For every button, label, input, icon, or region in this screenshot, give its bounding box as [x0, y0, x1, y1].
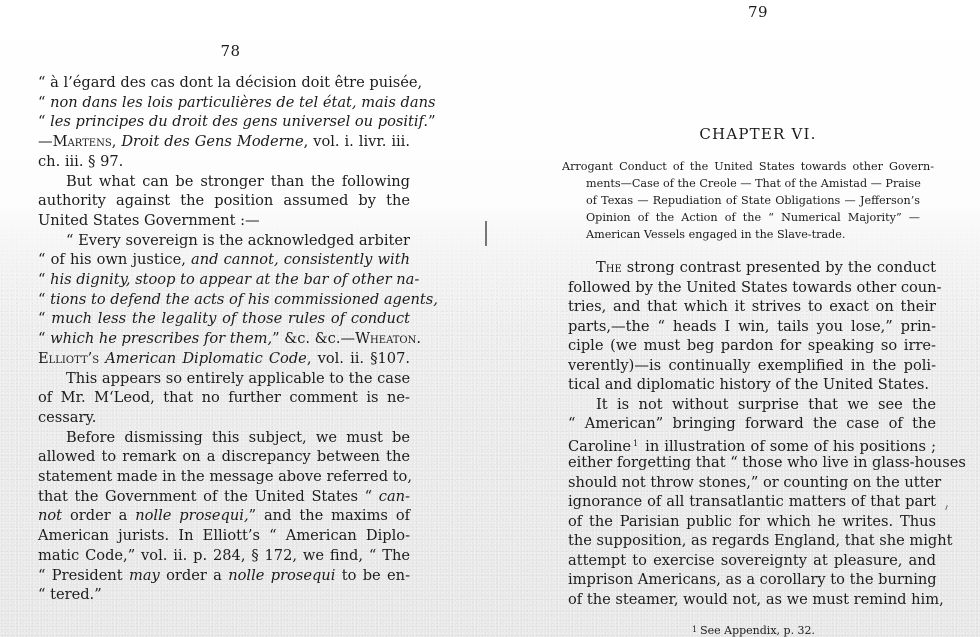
text-segment: verently)—is continually exemplified in … [568, 357, 936, 374]
text-segment: “ [38, 330, 50, 347]
footnote-reference: 1 [633, 439, 638, 448]
text-segment: of the Parisian public for which he writ… [568, 513, 936, 530]
text-line: “ tered.” [38, 585, 410, 605]
text-line: cessary. [38, 408, 410, 428]
text-segment: parts,—the “ heads I win, tails you lose… [568, 318, 936, 335]
text-line: of the steamer, would not, as we must re… [568, 590, 936, 610]
scan-artifact [945, 505, 948, 510]
footnote-text: See Appendix, p. 32. [700, 624, 815, 637]
text-line: tical and diplomatic history of the Unit… [568, 375, 936, 395]
text-line: of Mr. M‘Leod, that no further comment i… [38, 388, 410, 408]
text-segment: of the steamer, would not, as we must re… [568, 591, 944, 608]
text-line: American jurists. In Elliott’s “ America… [38, 526, 410, 546]
text-segment: ch. iii. § 97. [38, 153, 123, 170]
text-segment: either forgetting that “ those who live … [568, 454, 966, 471]
text-segment: American jurists. In Elliott’s “ America… [38, 527, 410, 544]
text-segment: , [112, 133, 122, 150]
text-segment: nolle prosequi, [135, 507, 248, 524]
text-segment: statement made in the message above refe… [38, 468, 412, 485]
text-segment: to be en- [335, 567, 410, 584]
text-segment: should not throw stones,” or counting on… [568, 474, 941, 491]
text-segment: ” [428, 113, 435, 130]
text-line: should not throw stones,” or counting on… [568, 473, 936, 493]
text-segment: Caroline [568, 438, 631, 455]
text-segment: It is not without surprise that we see t… [596, 396, 936, 413]
text-line: “ which he prescribes for them,” &c. &c.… [38, 329, 410, 349]
text-line: parts,—the “ heads I win, tails you lose… [568, 317, 936, 337]
text-line: ch. iii. § 97. [38, 152, 410, 172]
gutter-mark [485, 221, 487, 246]
text-segment: his dignity, stoop to appear at the bar … [50, 271, 419, 288]
text-segment: “ American” bringing forward the case of… [568, 415, 936, 432]
text-segment: nolle prosequi [228, 567, 335, 584]
text-line: Elliott’s American Diplomatic Code, vol.… [38, 349, 410, 369]
text-segment: “ tered.” [38, 586, 102, 603]
text-line: “ American” bringing forward the case of… [568, 414, 936, 434]
text-segment: The [596, 259, 622, 276]
text-segment: tries, and that which it strives to exac… [568, 298, 936, 315]
summary-line: of Texas — Repudiation of State Obligati… [586, 192, 920, 209]
text-segment: “ à l’égard des cas dont la décision doi… [38, 74, 422, 91]
text-segment: order a [160, 567, 228, 584]
text-segment: Wheaton. [355, 330, 421, 347]
text-segment: “ Every sovereign is the acknowledged ar… [66, 232, 410, 249]
text-segment: “ [38, 291, 50, 308]
page-number: 79 [568, 3, 948, 21]
text-segment: authority against the position assumed b… [38, 192, 410, 209]
text-segment: , vol. i. livr. iii. [304, 133, 410, 150]
text-segment: imprison Americans, as a corollary to th… [568, 571, 937, 588]
text-segment: , vol. ii. §107. [307, 350, 410, 367]
text-segment: But what can be stronger than the follow… [66, 173, 410, 190]
chapter-title: CHAPTER VI. [568, 125, 948, 143]
text-segment: the supposition, as regards England, tha… [568, 532, 953, 549]
text-segment: of Mr. M‘Leod, that no further comment i… [38, 389, 410, 406]
text-segment: “ [38, 271, 50, 288]
text-line: But what can be stronger than the follow… [38, 172, 410, 192]
text-segment: ” and the maxims of [249, 507, 410, 524]
text-segment: can- [379, 488, 410, 505]
text-segment: “ of his own justice, [38, 251, 191, 268]
text-segment: Droit des Gens Moderne [121, 133, 303, 150]
text-segment: that the Government of the United States… [38, 488, 379, 505]
page-number: 78 [38, 42, 423, 60]
text-line: —Martens, Droit des Gens Moderne, vol. i… [38, 132, 410, 152]
text-segment: order a [62, 507, 135, 524]
text-line: ciple (we must beg pardon for speaking s… [568, 336, 936, 356]
footnote: 1See Appendix, p. 32. [692, 624, 815, 637]
text-line: This appears so entirely applicable to t… [38, 369, 410, 389]
text-segment: “ [38, 113, 50, 130]
summary-line: Opinion of the Action of the “ Numerical… [586, 209, 920, 226]
text-line: “ non dans les lois particulières de tel… [38, 93, 410, 113]
text-segment: and cannot, consistently with [191, 251, 410, 268]
text-segment: tions to defend the acts of his commissi… [50, 291, 438, 308]
text-segment: tical and diplomatic history of the Unit… [568, 376, 929, 393]
text-line: tries, and that which it strives to exac… [568, 297, 936, 317]
footnote-marker: 1 [692, 625, 697, 634]
text-segment: American Diplomatic Code [105, 350, 307, 367]
text-line: attempt to exercise sovereignty at pleas… [568, 551, 936, 571]
text-segment: cessary. [38, 409, 96, 426]
text-line: verently)—is continually exemplified in … [568, 356, 936, 376]
text-line: allowed to remark on a discrepancy betwe… [38, 447, 410, 467]
text-line: statement made in the message above refe… [38, 467, 410, 487]
text-line: the supposition, as regards England, tha… [568, 531, 936, 551]
text-line: imprison Americans, as a corollary to th… [568, 570, 936, 590]
text-line: “ his dignity, stoop to appear at the ba… [38, 270, 410, 290]
text-segment: “ [38, 94, 50, 111]
text-line: either forgetting that “ those who live … [568, 453, 936, 473]
summary-line: Arrogant Conduct of the United States to… [562, 158, 934, 175]
text-line: that the Government of the United States… [38, 487, 410, 507]
text-segment: United States Government :— [38, 212, 260, 229]
text-line: It is not without surprise that we see t… [568, 395, 936, 415]
text-segment: may [129, 567, 160, 584]
text-segment: les principes du droit des gens universe… [50, 113, 428, 130]
text-line: “ much less the legality of those rules … [38, 309, 410, 329]
text-line: “ of his own justice, and cannot, consis… [38, 250, 410, 270]
text-segment: allowed to remark on a discrepancy betwe… [38, 448, 410, 465]
text-segment: strong contrast presented by the conduct [622, 259, 936, 276]
text-line: not order a nolle prosequi,” and the max… [38, 506, 410, 526]
text-line: “ President may order a nolle prosequi t… [38, 566, 410, 586]
text-segment: in illustration of some of his positions… [640, 438, 936, 455]
text-segment: matic Code,” vol. ii. p. 284, § 172, we … [38, 547, 410, 564]
text-line: followed by the United States towards ot… [568, 278, 936, 298]
text-line: The strong contrast presented by the con… [568, 258, 936, 278]
text-line: authority against the position assumed b… [38, 191, 410, 211]
text-segment: non dans les lois particulières de tel é… [50, 94, 435, 111]
text-segment: ” &c. &c.— [272, 330, 355, 347]
text-segment: Martens [53, 133, 112, 150]
text-segment: This appears so entirely applicable to t… [66, 370, 410, 387]
text-segment: followed by the United States towards ot… [568, 279, 942, 296]
text-line: “ à l’égard des cas dont la décision doi… [38, 73, 410, 93]
text-segment: ciple (we must beg pardon for speaking s… [568, 337, 936, 354]
text-segment: not [38, 507, 62, 524]
text-segment: — [38, 133, 53, 150]
text-segment: “ [38, 310, 51, 327]
text-segment: Elliott’s [38, 350, 99, 367]
summary-line: American Vessels engaged in the Slave-tr… [586, 226, 920, 243]
text-line: “ tions to defend the acts of his commis… [38, 290, 410, 310]
text-segment: Before dismissing this subject, we must … [66, 429, 410, 446]
text-segment: ignorance of all transatlantic matters o… [568, 493, 936, 510]
text-segment: much less the legality of those rules of… [51, 310, 410, 327]
text-segment: attempt to exercise sovereignty at pleas… [568, 552, 936, 569]
text-line: United States Government :— [38, 211, 410, 231]
text-line: Before dismissing this subject, we must … [38, 428, 410, 448]
text-segment: which he prescribes for them, [50, 330, 272, 347]
text-segment: “ President [38, 567, 129, 584]
text-line: “ les principes du droit des gens univer… [38, 112, 410, 132]
text-line: of the Parisian public for which he writ… [568, 512, 936, 532]
text-line: matic Code,” vol. ii. p. 284, § 172, we … [38, 546, 410, 566]
text-line: “ Every sovereign is the acknowledged ar… [38, 231, 410, 251]
summary-line: ments—Case of the Creole — That of the A… [586, 175, 920, 192]
text-line: ignorance of all transatlantic matters o… [568, 492, 936, 512]
